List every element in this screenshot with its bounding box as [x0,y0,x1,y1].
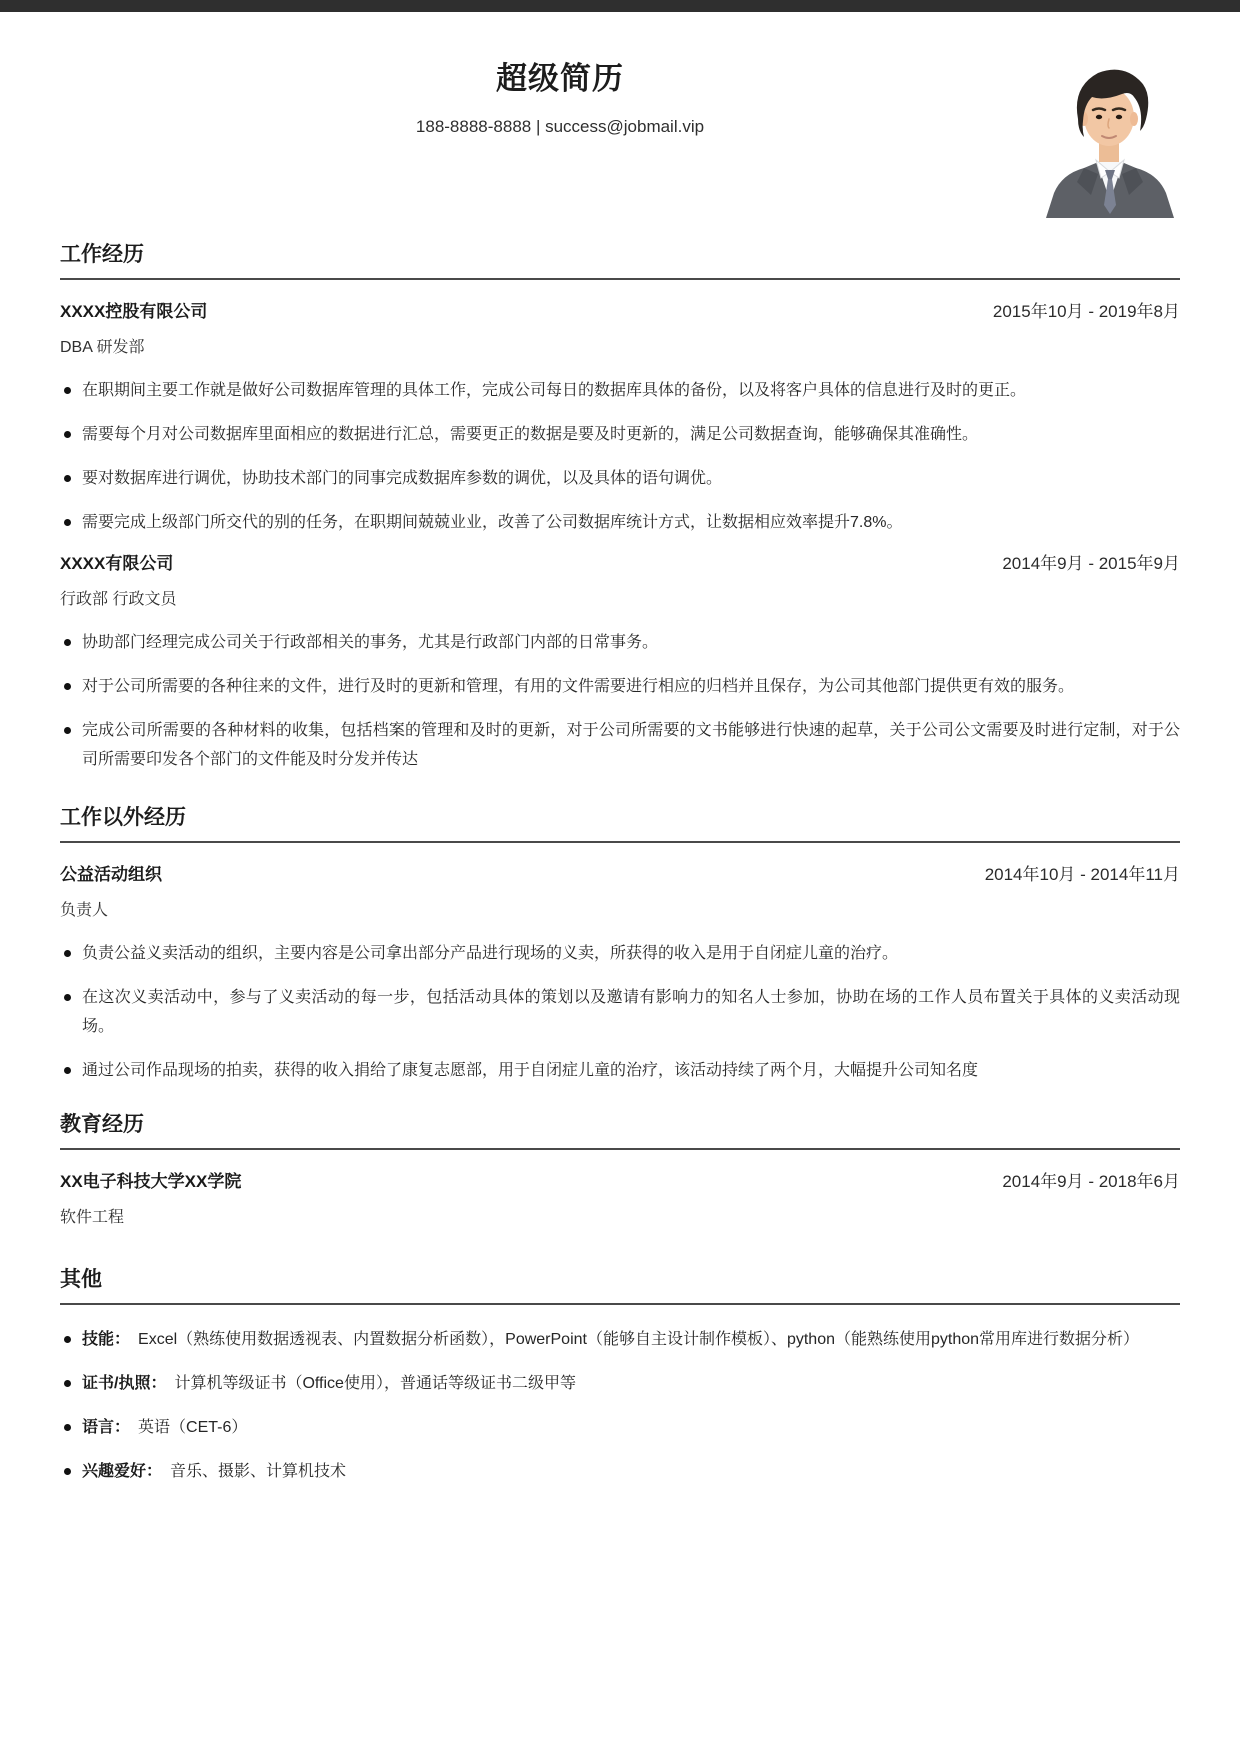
entry-title: XX电子科技大学XX学院 [60,1170,241,1194]
bullet-label: 技能： [82,1331,130,1348]
resume-header: 超级简历 188-8888-8888 | success@jobmail.vip [0,12,1240,192]
bullet-item: 在职期间主要工作就是做好公司数据库管理的具体工作，完成公司每日的数据库具体的备份… [60,376,1180,405]
bullet-dot-icon [64,387,71,394]
section-education: 教育经历XX电子科技大学XX学院2014年9月 - 2018年6月软件工程 [60,1111,1180,1230]
bullet-item: 在这次义卖活动中，参与了义卖活动的每一步，包括活动具体的策划以及邀请有影响力的知… [60,983,1180,1041]
bullet-text: Excel（熟练使用数据透视表、内置数据分析函数），PowerPoint（能够自… [138,1331,1139,1348]
bullet-label: 语言： [82,1419,130,1436]
portrait-illustration [1040,57,1180,218]
entry-date: 2014年9月 - 2018年6月 [1002,1170,1180,1194]
section-work: 工作经历XXXX控股有限公司2015年10月 - 2019年8月DBA 研发部在… [60,241,1180,774]
bullet-text: 在职期间主要工作就是做好公司数据库管理的具体工作，完成公司每日的数据库具体的备份… [82,382,1026,399]
bullet-item: 负责公益义卖活动的组织，主要内容是公司拿出部分产品进行现场的义卖，所获得的收入是… [60,939,1180,968]
entry-title-row: XX电子科技大学XX学院2014年9月 - 2018年6月 [60,1170,1180,1194]
entry-subtitle: DBA 研发部 [60,336,1180,360]
profile-photo [1040,57,1180,218]
entry-title: XXXX有限公司 [60,552,173,576]
bullet-item: 要对数据库进行调优，协助技术部门的同事完成数据库参数的调优，以及具体的语句调优。 [60,464,1180,493]
entry-subtitle: 负责人 [60,899,1180,923]
bullet-item: 技能：Excel（熟练使用数据透视表、内置数据分析函数），PowerPoint（… [60,1325,1180,1354]
entry: XXXX控股有限公司2015年10月 - 2019年8月DBA 研发部在职期间主… [60,300,1180,537]
bullet-item: 兴趣爱好：音乐、摄影、计算机技术 [60,1457,1180,1486]
bullet-dot-icon [64,639,71,646]
bullet-text: 需要完成上级部门所交代的别的任务，在职期间兢兢业业，改善了公司数据库统计方式，让… [82,514,902,531]
eye-left [1096,115,1102,119]
content: 工作经历XXXX控股有限公司2015年10月 - 2019年8月DBA 研发部在… [0,241,1240,1486]
entry-subtitle: 软件工程 [60,1206,1180,1230]
bullet-list: 技能：Excel（熟练使用数据透视表、内置数据分析函数），PowerPoint（… [60,1325,1180,1486]
bullet-text: 英语（CET-6） [138,1419,247,1436]
eye-right [1116,115,1122,119]
entry: 公益活动组织2014年10月 - 2014年11月负责人负责公益义卖活动的组织，… [60,863,1180,1085]
entry-subtitle: 行政部 行政文员 [60,588,1180,612]
bullet-text: 需要每个月对公司数据库里面相应的数据进行汇总，需要更正的数据是要及时更新的，满足… [82,426,978,443]
entry-title: 公益活动组织 [60,863,162,887]
entry-date: 2014年10月 - 2014年11月 [985,863,1180,887]
bullet-item: 完成公司所需要的各种材料的收集，包括档案的管理和及时的更新，对于公司所需要的文书… [60,716,1180,774]
entry-date: 2015年10月 - 2019年8月 [993,300,1180,324]
bullet-text: 通过公司作品现场的拍卖，获得的收入捐给了康复志愿部，用于自闭症儿童的治疗，该活动… [82,1062,978,1079]
bullet-dot-icon [64,950,71,957]
bullet-dot-icon [64,431,71,438]
bullet-item: 证书/执照：计算机等级证书（Office使用），普通话等级证书二级甲等 [60,1369,1180,1398]
page-title: 超级简历 [60,62,1060,96]
resume-page: 超级简历 188-8888-8888 | success@jobmail.vip [0,0,1240,1755]
section-heading: 教育经历 [60,1111,1180,1139]
bullet-item: 需要完成上级部门所交代的别的任务，在职期间兢兢业业，改善了公司数据库统计方式，让… [60,508,1180,537]
bullet-list: 负责公益义卖活动的组织，主要内容是公司拿出部分产品进行现场的义卖，所获得的收入是… [60,939,1180,1085]
entry: XX电子科技大学XX学院2014年9月 - 2018年6月软件工程 [60,1170,1180,1230]
section-other: 其他技能：Excel（熟练使用数据透视表、内置数据分析函数），PowerPoin… [60,1266,1180,1486]
bullet-item: 通过公司作品现场的拍卖，获得的收入捐给了康复志愿部，用于自闭症儿童的治疗，该活动… [60,1056,1180,1085]
bullet-text: 完成公司所需要的各种材料的收集，包括档案的管理和及时的更新，对于公司所需要的文书… [82,722,1180,768]
ear-right [1130,112,1138,126]
entry-title-row: 公益活动组织2014年10月 - 2014年11月 [60,863,1180,887]
contact-line: 188-8888-8888 | success@jobmail.vip [60,117,1060,137]
bullet-text: 在这次义卖活动中，参与了义卖活动的每一步，包括活动具体的策划以及邀请有影响力的知… [82,989,1180,1035]
bullet-text: 要对数据库进行调优，协助技术部门的同事完成数据库参数的调优，以及具体的语句调优。 [82,470,722,487]
bullet-dot-icon [64,475,71,482]
section-heading: 其他 [60,1266,1180,1294]
bullet-dot-icon [64,1424,71,1431]
section-heading: 工作经历 [60,241,1180,269]
bullet-text: 负责公益义卖活动的组织，主要内容是公司拿出部分产品进行现场的义卖，所获得的收入是… [82,945,898,962]
bullet-label: 兴趣爱好： [82,1463,162,1480]
bullet-text: 协助部门经理完成公司关于行政部相关的事务，尤其是行政部门内部的日常事务。 [82,634,658,651]
bullet-label: 证书/执照： [82,1375,166,1392]
bullet-dot-icon [64,1380,71,1387]
entry-title-row: XXXX控股有限公司2015年10月 - 2019年8月 [60,300,1180,324]
bullet-text: 计算机等级证书（Office使用），普通话等级证书二级甲等 [174,1375,576,1392]
bullet-dot-icon [64,727,71,734]
bullet-item: 协助部门经理完成公司关于行政部相关的事务，尤其是行政部门内部的日常事务。 [60,628,1180,657]
section-divider [60,1148,1180,1150]
top-accent-bar [0,0,1240,12]
bullet-dot-icon [64,1336,71,1343]
bullet-dot-icon [64,1067,71,1074]
entry-title: XXXX控股有限公司 [60,300,207,324]
bullet-list: 在职期间主要工作就是做好公司数据库管理的具体工作，完成公司每日的数据库具体的备份… [60,376,1180,537]
section-divider [60,841,1180,843]
entry: 技能：Excel（熟练使用数据透视表、内置数据分析函数），PowerPoint（… [60,1325,1180,1486]
bullet-dot-icon [64,519,71,526]
bullet-dot-icon [64,1468,71,1475]
entry-title-row: XXXX有限公司2014年9月 - 2015年9月 [60,552,1180,576]
bullet-item: 需要每个月对公司数据库里面相应的数据进行汇总，需要更正的数据是要及时更新的，满足… [60,420,1180,449]
bullet-text: 对于公司所需要的各种往来的文件，进行及时的更新和管理，有用的文件需要进行相应的归… [82,678,1074,695]
bullet-item: 对于公司所需要的各种往来的文件，进行及时的更新和管理，有用的文件需要进行相应的归… [60,672,1180,701]
entry-date: 2014年9月 - 2015年9月 [1002,552,1180,576]
bullet-text: 音乐、摄影、计算机技术 [170,1463,346,1480]
entry: XXXX有限公司2014年9月 - 2015年9月行政部 行政文员协助部门经理完… [60,552,1180,774]
bullet-list: 协助部门经理完成公司关于行政部相关的事务，尤其是行政部门内部的日常事务。对于公司… [60,628,1180,774]
section-beyond: 工作以外经历公益活动组织2014年10月 - 2014年11月负责人负责公益义卖… [60,804,1180,1085]
bullet-dot-icon [64,683,71,690]
section-divider [60,278,1180,280]
bullet-dot-icon [64,994,71,1001]
bullet-item: 语言：英语（CET-6） [60,1413,1180,1442]
section-divider [60,1303,1180,1305]
section-heading: 工作以外经历 [60,804,1180,832]
